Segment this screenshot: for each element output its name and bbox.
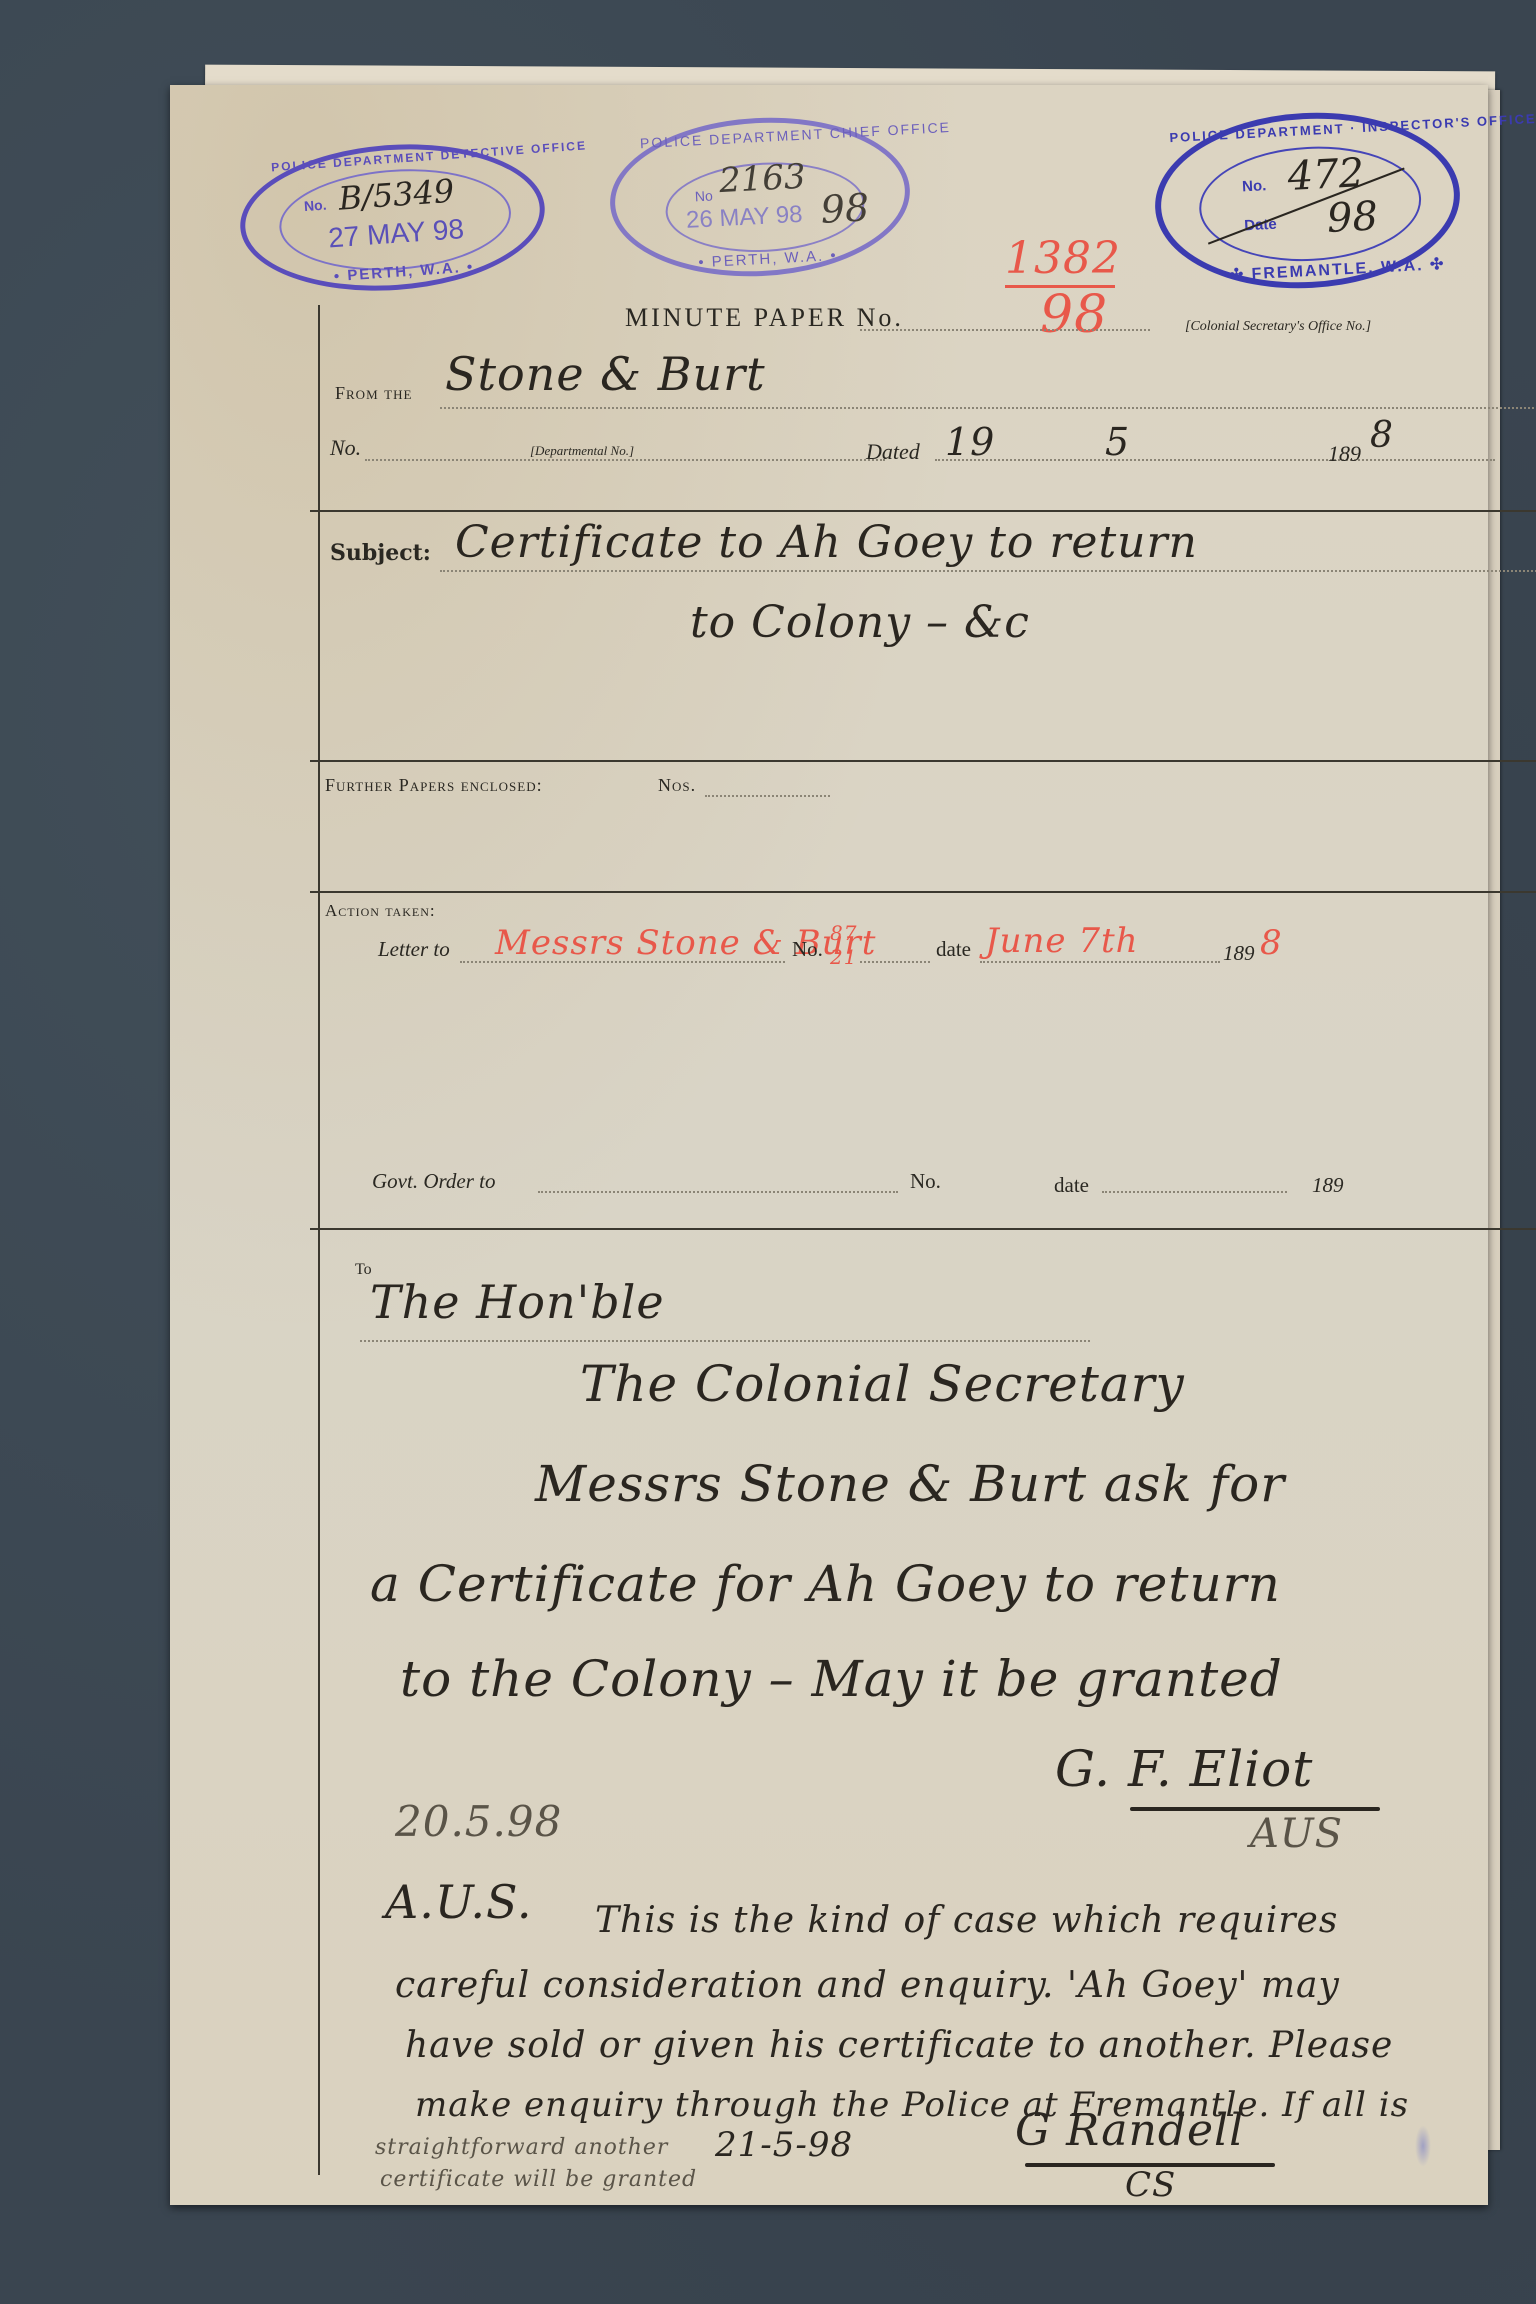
divider-action-minute xyxy=(310,1228,1536,1230)
minute-number-bottom: 98 xyxy=(1040,285,1108,345)
further-papers-nos-label: Nos. xyxy=(658,775,696,796)
chief-office-stamp: POLICE DEPARTMENT CHIEF OFFICE • PERTH, … xyxy=(606,110,914,283)
letter-no-label: No. xyxy=(792,937,823,962)
letter-to-label: Letter to xyxy=(378,937,450,962)
further-papers-label: Further Papers enclosed: xyxy=(325,775,543,796)
divider-subject-papers xyxy=(310,760,1536,762)
minute-date: 20.5.98 xyxy=(395,1797,562,1846)
letter-no-bottom: 21 xyxy=(830,945,857,969)
reply-date: 21-5-98 xyxy=(715,2125,853,2165)
from-no-dotted-line xyxy=(365,459,885,461)
subject-line-2: to Colony – &c xyxy=(690,597,1030,648)
minute-paper-document: POLICE DEPARTMENT DETECTIVE OFFICE • PER… xyxy=(170,85,1488,2205)
stamp-ring-bottom: • PERTH, W.A. • xyxy=(698,247,838,271)
letter-no-dotted-line xyxy=(860,961,930,963)
from-dotted-line xyxy=(440,407,1536,409)
inspector-office-stamp: POLICE DEPARTMENT · INSPECTOR'S OFFICE ✣… xyxy=(1151,105,1465,296)
reply-line-1: This is the kind of case which requires xyxy=(595,1900,1338,1941)
stamp-number: 472 xyxy=(1287,150,1366,200)
reply-line-3: have sold or given his certificate to an… xyxy=(405,2025,1393,2066)
letter-no-top: 87 xyxy=(830,921,857,945)
colonial-secretary-note: [Colonial Secretary's Office No.] xyxy=(1185,319,1371,335)
dated-dotted-line xyxy=(935,459,1495,461)
departmental-no-note: [Departmental No.] xyxy=(530,443,634,459)
subject-label: Subject: xyxy=(330,540,431,566)
govt-no-label: No. xyxy=(910,1169,941,1194)
ink-smudge xyxy=(1415,2125,1431,2167)
govt-date-label: date xyxy=(1054,1173,1089,1198)
dated-year-suffix: 8 xyxy=(1370,415,1394,456)
from-value: Stone & Burt xyxy=(445,347,766,401)
stamp-number: 2163 xyxy=(718,157,807,201)
letter-date-label: date xyxy=(936,937,971,962)
subject-line-1: Certificate to Ah Goey to return xyxy=(455,517,1198,568)
letter-year-prefix: 189 xyxy=(1223,941,1255,966)
to-dotted-line xyxy=(360,1340,1090,1342)
dated-month: 5 xyxy=(1105,420,1130,464)
stamp-ring-top: POLICE DEPARTMENT CHIEF OFFICE xyxy=(640,119,952,151)
from-no-label: No. xyxy=(330,435,361,461)
subject-dotted-line xyxy=(440,570,1536,572)
from-label: From the xyxy=(335,383,412,404)
stamp-year-overwrite: 98 xyxy=(820,185,871,231)
further-papers-dotted-line xyxy=(705,795,830,797)
reply-address: A.U.S. xyxy=(385,1875,533,1929)
stamp-no-label: No xyxy=(694,187,713,204)
minute-salutation: The Hon'ble xyxy=(370,1275,665,1329)
action-taken-label: Action taken: xyxy=(325,901,436,921)
minute-no-dotted-line xyxy=(860,329,1150,331)
reply-margin-note-1: straightforward another xyxy=(375,2135,668,2160)
reply-line-2: careful consideration and enquiry. 'Ah G… xyxy=(395,1965,1340,2006)
reply-line-4: make enquiry through the Police at Frema… xyxy=(415,2085,1409,2125)
govt-year-prefix: 189 xyxy=(1312,1173,1344,1198)
letter-to-dotted-line xyxy=(460,961,785,963)
detective-office-stamp: POLICE DEPARTMENT DETECTIVE OFFICE • PER… xyxy=(235,135,549,301)
stamp-no-label: No. xyxy=(303,197,327,215)
dated-day: 19 xyxy=(945,420,995,464)
minute-addressee: The Colonial Secretary xyxy=(580,1355,1185,1413)
minute-signature: G. F. Eliot xyxy=(1055,1740,1313,1798)
stamp-ring-bottom: ✣ FREMANTLE, W.A. ✣ xyxy=(1229,254,1446,285)
letter-year-suffix: 8 xyxy=(1260,923,1283,963)
stamp-year: 98 xyxy=(1326,193,1379,242)
minute-signature-title: AUS xyxy=(1250,1811,1343,1857)
dated-year-prefix: 189 xyxy=(1328,441,1361,467)
minute-body-line-1: Messrs Stone & Burt ask for xyxy=(535,1455,1285,1513)
reply-signature: G Randell xyxy=(1015,2105,1244,2156)
letter-date-value: June 7th xyxy=(985,921,1139,961)
divider-papers-action xyxy=(310,891,1536,893)
stamp-ring-top: POLICE DEPARTMENT · INSPECTOR'S OFFICE xyxy=(1169,111,1536,145)
govt-order-dotted-line xyxy=(538,1191,898,1193)
reply-signature-title: CS xyxy=(1125,2165,1176,2205)
reply-margin-note-2: certificate will be granted xyxy=(380,2167,697,2192)
stamp-no-label: No. xyxy=(1242,177,1267,195)
govt-order-label: Govt. Order to xyxy=(372,1169,495,1194)
left-margin-rule xyxy=(318,305,320,2175)
minute-body-line-3: to the Colony – May it be granted xyxy=(400,1650,1283,1708)
dated-label: Dated xyxy=(866,439,920,465)
letter-date-dotted-line xyxy=(980,961,1220,963)
stamp-number: B/5349 xyxy=(337,172,455,218)
govt-date-dotted-line xyxy=(1102,1191,1287,1193)
divider-from-subject xyxy=(310,510,1536,512)
minute-body-line-2: a Certificate for Ah Goey to return xyxy=(370,1555,1281,1613)
minute-number-top: 1382 xyxy=(1005,233,1121,284)
